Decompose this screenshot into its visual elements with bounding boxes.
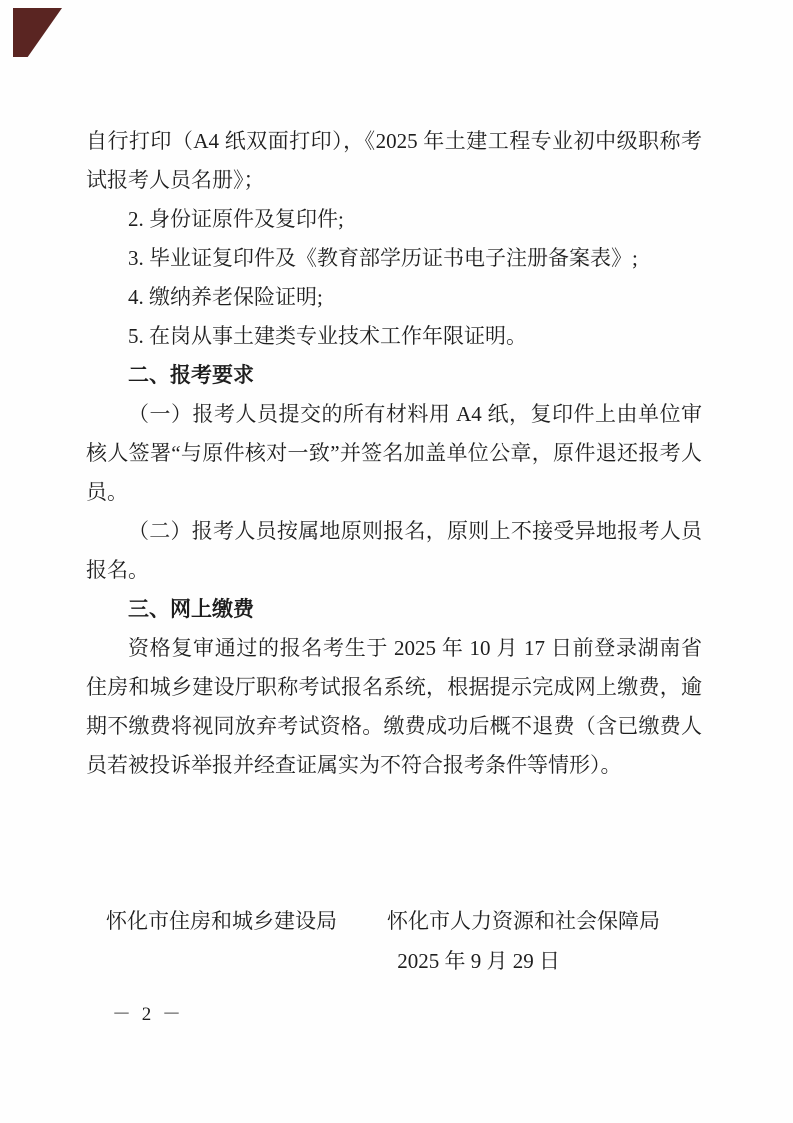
document-page: 自行打印（A4 纸双面打印），《2025 年土建工程专业初中级职称考试报考人员名…	[0, 0, 793, 1123]
signature-block: 怀化市住房和城乡建设局 怀化市人力资源和社会保障局 2025 年 9 月 29 …	[86, 901, 700, 981]
paragraph-requirement-1: （一）报考人员提交的所有材料用 A4 纸，复印件上由单位审核人签署“与原件核对一…	[86, 395, 702, 512]
list-item: 4. 缴纳养老保险证明;	[86, 278, 702, 317]
org-name-left: 怀化市住房和城乡建设局	[106, 901, 337, 941]
section-heading-requirements: 二、报考要求	[86, 356, 702, 395]
paragraph-payment: 资格复审通过的报名考生于 2025 年 10 月 17 日前登录湖南省住房和城乡…	[86, 629, 702, 785]
page-number: － 2 －	[112, 1002, 184, 1028]
continuation-paragraph: 自行打印（A4 纸双面打印），《2025 年土建工程专业初中级职称考试报考人员名…	[86, 122, 702, 200]
document-body: 自行打印（A4 纸双面打印），《2025 年土建工程专业初中级职称考试报考人员名…	[86, 122, 702, 785]
red-corner-fold-icon	[13, 8, 62, 57]
paragraph-requirement-2: （二）报考人员按属地原则报名，原则上不接受异地报考人员报名。	[86, 512, 702, 590]
list-item: 5. 在岗从事土建类专业技术工作年限证明。	[86, 317, 702, 356]
section-heading-online-payment: 三、网上缴费	[86, 590, 702, 629]
issue-date: 2025 年 9 月 29 日	[86, 941, 700, 981]
list-item: 3. 毕业证复印件及《教育部学历证书电子注册备案表》;	[86, 239, 702, 278]
org-name-right: 怀化市人力资源和社会保障局	[387, 901, 660, 941]
list-item: 2. 身份证原件及复印件;	[86, 200, 702, 239]
issuing-organizations-row: 怀化市住房和城乡建设局 怀化市人力资源和社会保障局	[86, 901, 700, 941]
